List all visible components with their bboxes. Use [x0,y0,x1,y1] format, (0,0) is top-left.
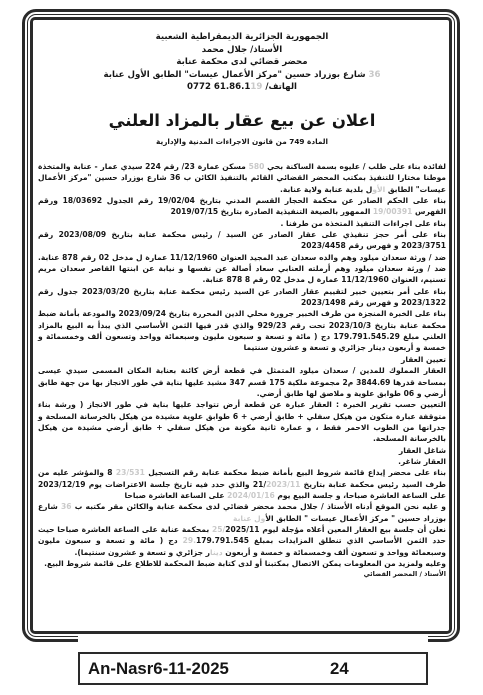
bailiff-name: الأستاذ/ جلال محمد [38,44,446,57]
address-number: 36 [369,70,381,80]
republic-name: الجمهورية الجزائرية الديمقراطية الشعبية [38,31,446,44]
publication-date: An-Nasr6-11-2025 [88,659,229,679]
phone-ghost: 19 [250,82,262,92]
paragraph-requester: لفائدة بناء على طلب / عليوه بسمة الساكنة… [38,161,446,195]
occupants-value: العقار شاغر. [38,456,446,467]
paragraph-defendants: ضد / ورثة سعدان ميلود وهم والده سعدان عب… [38,252,446,286]
bailiff-header: الجمهورية الجزائرية الديمقراطية الشعبية … [38,31,446,94]
paragraph-judgment: بناء على الحكم الصادر عن محكمة الحجار ال… [38,195,446,218]
bailiff-title: محضر قضائي لدى محكمة عنابة [38,56,446,69]
paragraph-bailiff: و عليه نحن الموقع أدناه الأستاذ / جلال م… [38,501,446,524]
paragraph-announcement: نعلن أن جلسة بيع العقار المعين أعلاه مؤج… [38,524,446,558]
paragraph-seizure-order: بناء على أمر حجز تنفيذي على عقار الصادر … [38,229,446,252]
legal-notice: الجمهورية الجزائرية الديمقراطية الشعبية … [38,26,446,631]
paragraph-expert-order: بناء على أمر بتعيين خبير لتقييم عقار الص… [38,286,446,309]
designation-heading: تعيين العقار [38,354,446,365]
page-number: 24 [330,659,349,679]
occupants-heading: شاغل العقار [38,445,446,456]
signature: الأستاذ / المحضر القضائي [38,569,446,580]
address-text: شارع بوزراد حسين "مركز الأعمال عيسات" ال… [104,70,366,80]
bailiff-address: 36 شارع بوزراد حسين "مركز الأعمال عيسات"… [38,69,446,82]
paragraph-property: العقار المملوك للمدين / سعدان ميلود المت… [38,365,446,399]
bailiff-phone: الهاتف/ 190772 61.86.1 [38,81,446,94]
paragraph-contact: وعليه ولمزيد من المعلومات يمكن الاتصال ب… [38,558,446,569]
phone-number: 0772 61.86.1 [187,82,250,92]
phone-label: الهاتف/ [265,82,297,92]
paragraph-expert-report: بناء على الخبرة المنجزة من طرف الخبير جر… [38,308,446,353]
notice-subtitle: المادة 749 من قانون الاجراءات المدنية وا… [38,137,446,147]
publication-footer: An-Nasr6-11-2025 24 [78,652,428,685]
paragraph-designation-report: التعيين حسب تقرير الخبرة : العقار عبارة … [38,399,446,444]
notice-title: اعلان عن بيع عقار بالمزاد العلني [38,110,446,132]
paragraph-conditions-deposit: بناء على محضر إيداع قائمة شروط البيع بأم… [38,467,446,501]
notice-body: لفائدة بناء على طلب / عليوه بسمة الساكنة… [38,161,446,581]
paragraph-procedures: بناء على اجراءات التنفيذ المتخذة من طرفن… [38,218,446,229]
